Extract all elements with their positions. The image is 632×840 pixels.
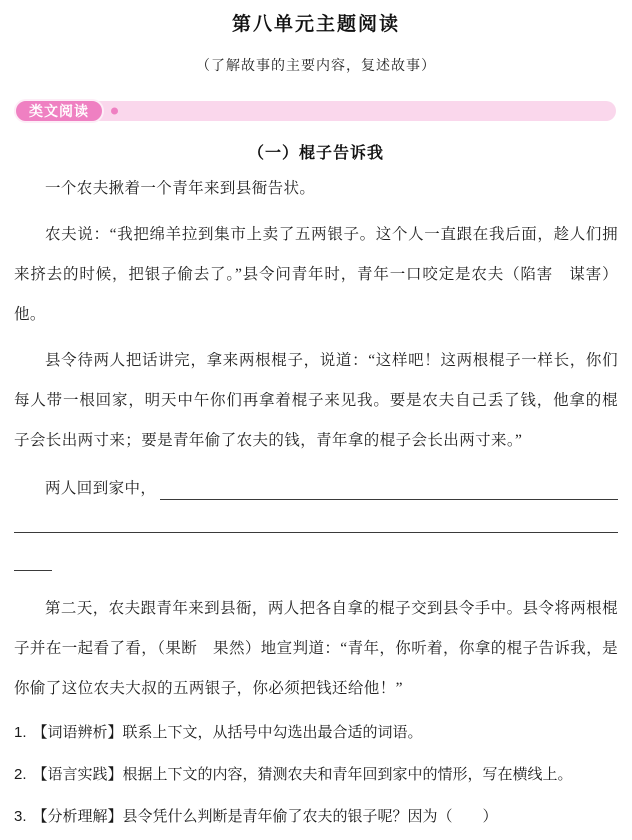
- question-label: 【词语辨析】: [33, 724, 123, 741]
- question-number: 2.: [14, 766, 27, 783]
- passage-paragraph-5: 第二天，农夫跟青年来到县衙，两人把各自拿的棍子交到县令手中。县令将两根棍子并在一…: [14, 589, 618, 709]
- banner-bar: [14, 101, 616, 121]
- blank-lead-text: 两人回到家中，: [14, 469, 156, 509]
- section-banner: 类文阅读: [14, 100, 618, 122]
- question-number: 3.: [14, 808, 27, 825]
- question-text: 联系上下文，从括号中勾选出最合适的词语。: [123, 724, 423, 741]
- question-list: 1.【词语辨析】联系上下文，从括号中勾选出最合适的词语。 2.【语言实践】根据上…: [14, 712, 618, 838]
- passage-body: 一个农夫揪着一个青年来到县衙告状。 农夫说：“我把绵羊拉到集市上卖了五两银子。这…: [14, 169, 618, 709]
- answer-blank-inline: [160, 469, 618, 500]
- question-text: 县令凭什么判断是青年偷了农夫的银子呢？因为（ ）: [123, 808, 498, 825]
- question-text: 根据上下文的内容，猜测农夫和青年回到家中的情形，写在横线上。: [123, 766, 573, 783]
- question-item-1: 1.【词语辨析】联系上下文，从括号中勾选出最合适的词语。: [14, 712, 618, 754]
- answer-blank-line: [14, 509, 618, 533]
- banner-dot-icon: [111, 108, 118, 115]
- passage-paragraph-3: 县令待两人把话讲完，拿来两根棍子，说道：“这样吧！这两根棍子一样长，你们每人带一…: [14, 341, 618, 461]
- passage-paragraph-1: 一个农夫揪着一个青年来到县衙告状。: [14, 169, 618, 209]
- answer-blank-line-short: [14, 533, 52, 571]
- banner-label-pill: 类文阅读: [14, 99, 104, 123]
- passage-paragraph-4: 两人回到家中，: [14, 469, 618, 509]
- question-item-2: 2.【语言实践】根据上下文的内容，猜测农夫和青年回到家中的情形，写在横线上。: [14, 754, 618, 796]
- page-title: 第八单元主题阅读: [14, 0, 618, 37]
- worksheet-page: 第八单元主题阅读 （了解故事的主要内容，复述故事） 类文阅读 （一）棍子告诉我 …: [0, 0, 632, 840]
- page-subtitle: （了解故事的主要内容，复述故事）: [14, 58, 618, 76]
- question-label: 【语言实践】: [33, 766, 123, 783]
- question-label: 【分析理解】: [33, 808, 123, 825]
- passage-heading: （一）棍子告诉我: [14, 144, 618, 164]
- question-number: 1.: [14, 724, 27, 741]
- passage-paragraph-2: 农夫说：“我把绵羊拉到集市上卖了五两银子。这个人一直跟在我后面，趁人们拥来挤去的…: [14, 215, 618, 335]
- question-item-3: 3.【分析理解】县令凭什么判断是青年偷了农夫的银子呢？因为（ ）: [14, 796, 618, 838]
